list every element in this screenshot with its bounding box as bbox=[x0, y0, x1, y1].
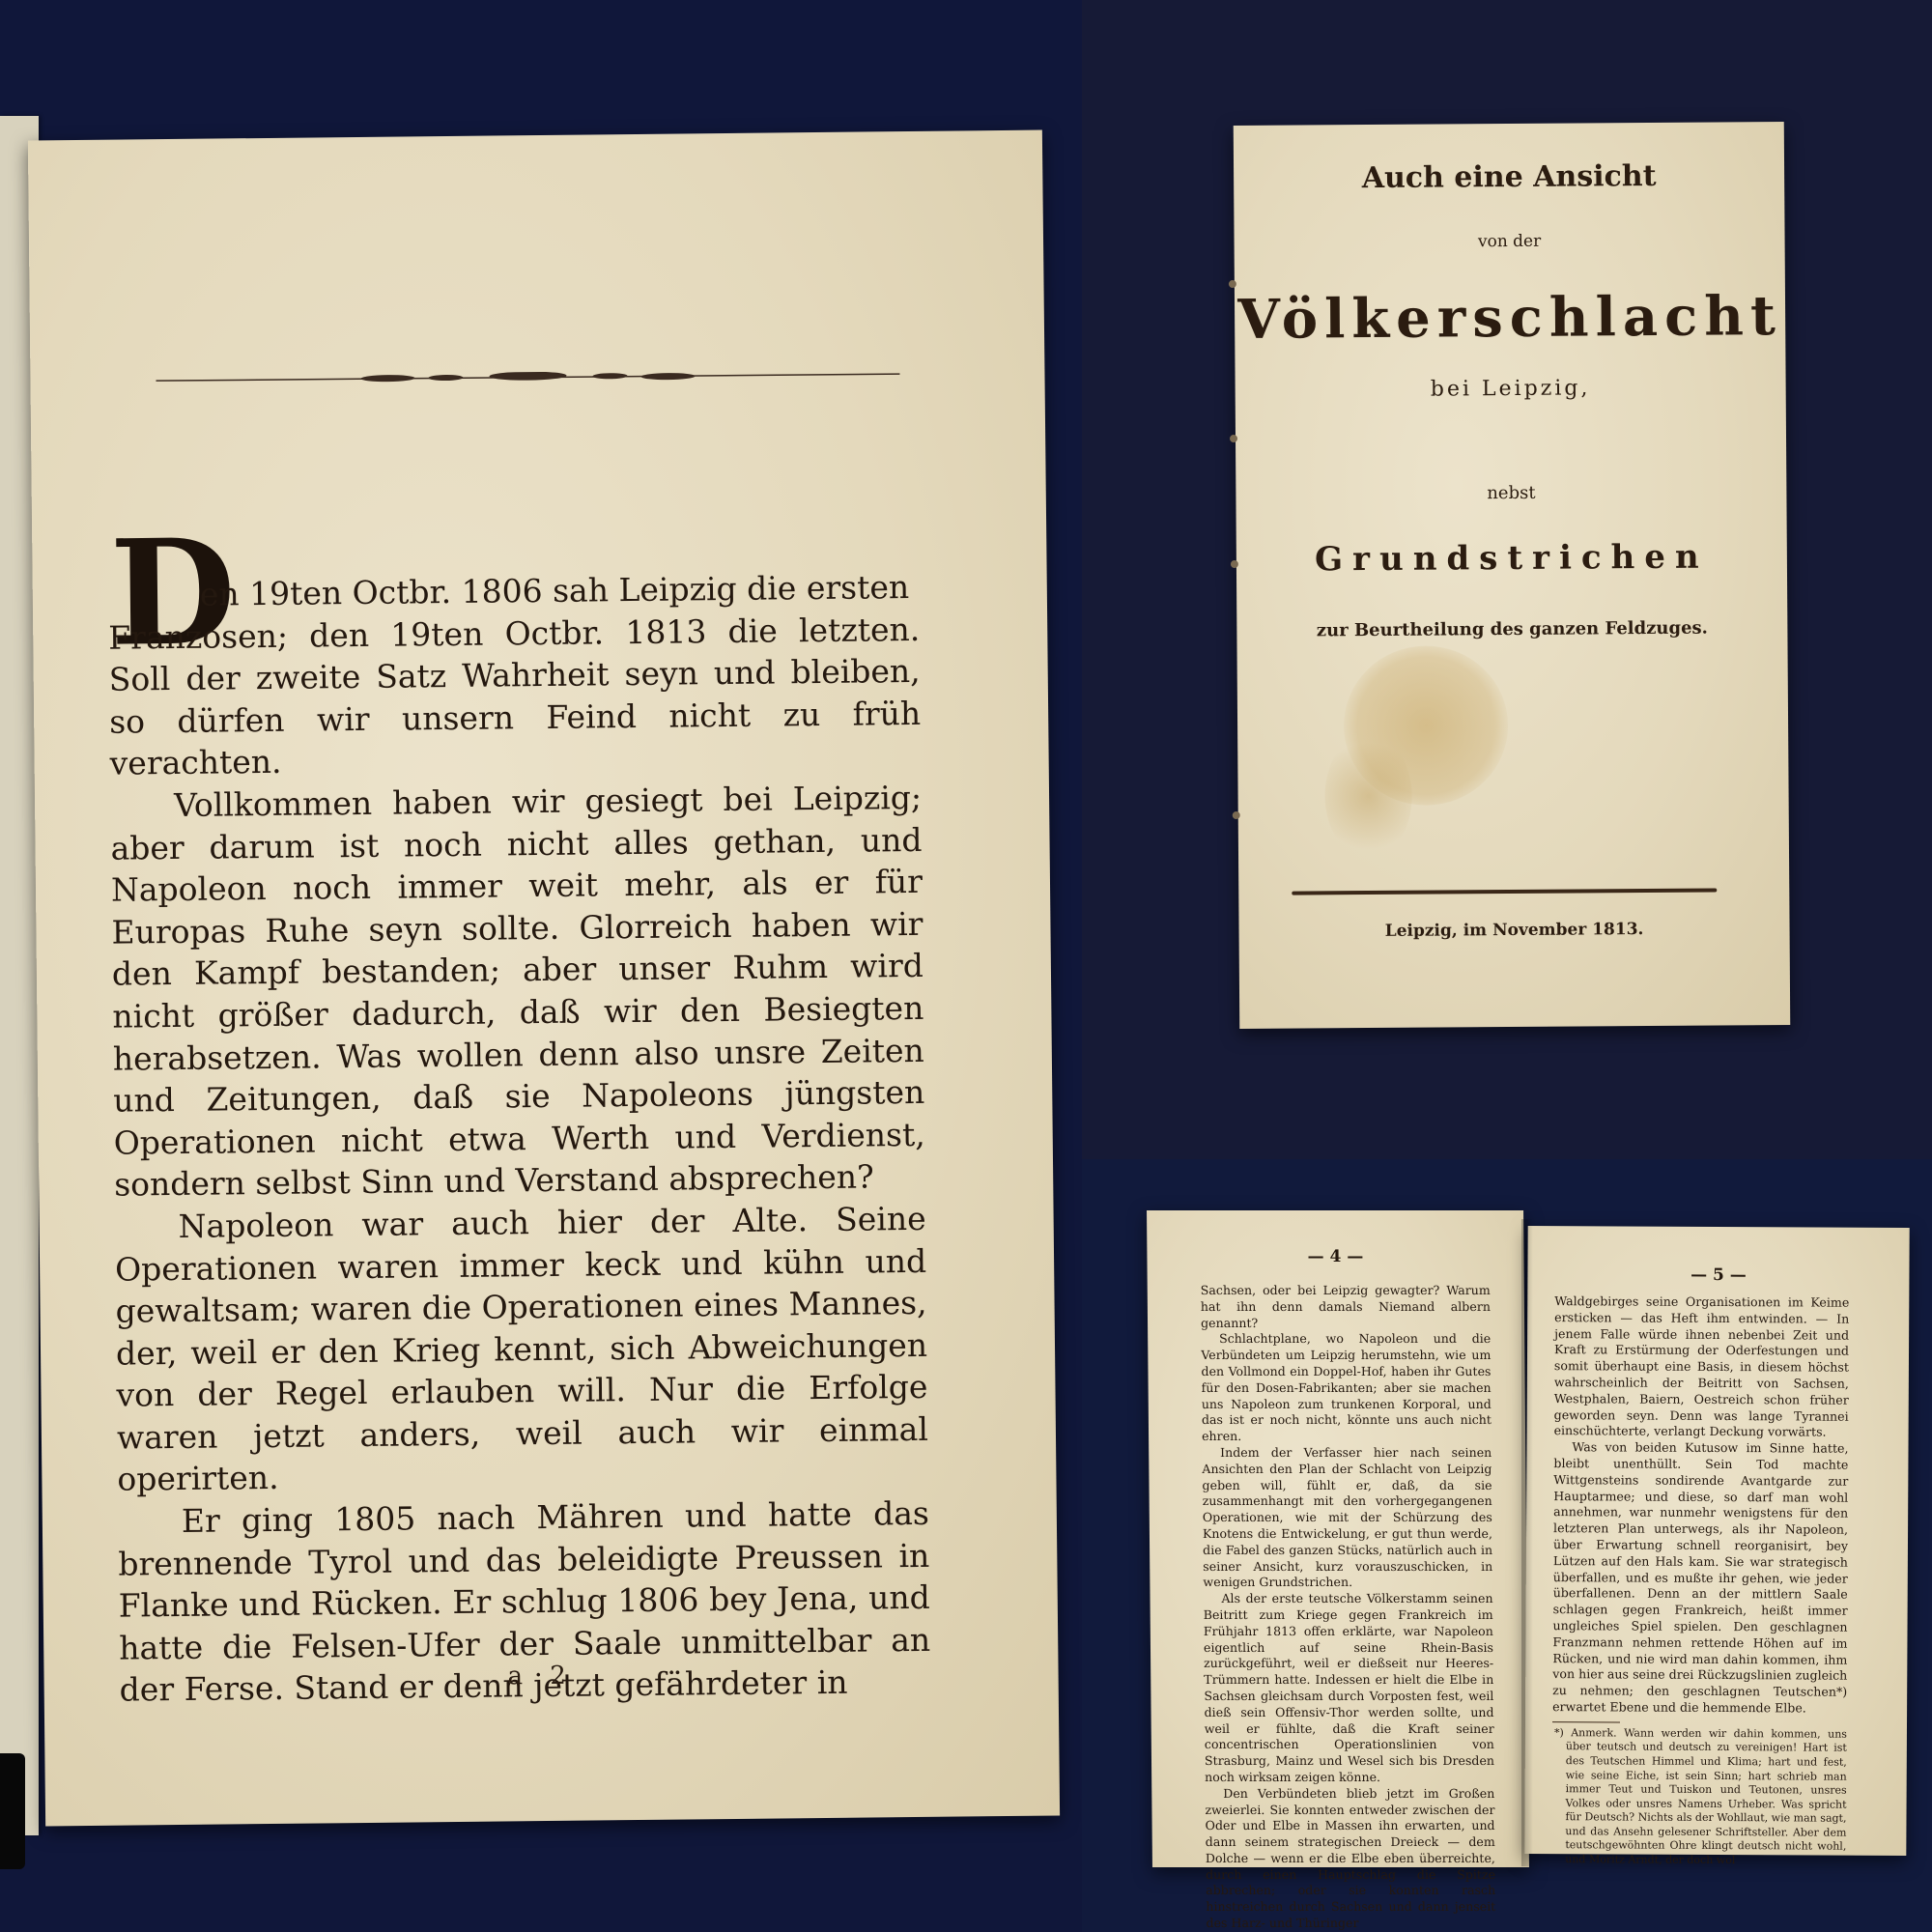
photo-panel-left-page: D en 19ten Octbr. 1806 sah Leipzig die e… bbox=[0, 0, 1082, 1932]
signature-mark: a 2 bbox=[507, 1662, 576, 1691]
binding-tape bbox=[0, 1753, 25, 1869]
title-line-2: von der bbox=[1235, 230, 1785, 253]
paragraph: Als der erste teutsche Völkerstamm seine… bbox=[1203, 1591, 1494, 1786]
page-body-text: en 19ten Octbr. 1806 sah Leipzig die ers… bbox=[108, 566, 931, 1712]
cover-rule bbox=[1292, 889, 1717, 895]
title-line-5: nebst bbox=[1236, 481, 1786, 505]
spread-page-4: — 4 — Sachsen, oder bei Leipzig gewagter… bbox=[1147, 1210, 1529, 1867]
page-number: — 5 — bbox=[1527, 1264, 1909, 1286]
paragraph: en 19ten Octbr. 1806 sah Leipzig die ers… bbox=[108, 566, 922, 785]
subtitle: Grundstrichen bbox=[1236, 537, 1787, 580]
stitch-hole-icon bbox=[1230, 435, 1237, 442]
paragraph: Waldgebirges seine Organisationen im Kei… bbox=[1554, 1293, 1850, 1441]
title-line-1: Auch eine Ansicht bbox=[1234, 158, 1784, 196]
spread-page-5: — 5 — Waldgebirges seine Organisationen … bbox=[1524, 1226, 1909, 1856]
paragraph: Was von beiden Kutusow im Sinne hatte, b… bbox=[1552, 1439, 1848, 1717]
water-stain bbox=[1324, 733, 1412, 860]
subtitle-line-2: zur Beurtheilung des ganzen Feldzuges. bbox=[1236, 617, 1787, 641]
footnote-rule bbox=[1552, 1721, 1620, 1722]
main-title: Völkerschlacht bbox=[1235, 284, 1785, 352]
footnote: *) Anmerk. Wann werden wir dahin kommen,… bbox=[1551, 1726, 1847, 1869]
title-line-4: bei Leipzig, bbox=[1236, 375, 1786, 403]
page-5-text: Waldgebirges seine Organisationen im Kei… bbox=[1551, 1293, 1849, 1868]
page-4-text: Sachsen, oder bei Leipzig gewagter? Waru… bbox=[1201, 1283, 1496, 1932]
stitch-hole-icon bbox=[1229, 280, 1236, 288]
interior-page-photo: D en 19ten Octbr. 1806 sah Leipzig die e… bbox=[28, 130, 1060, 1827]
paragraph: Schlachtplane, wo Napoleon und die Verbü… bbox=[1201, 1331, 1492, 1445]
book-gutter bbox=[1521, 1219, 1533, 1866]
imprint: Leipzig, im November 1813. bbox=[1239, 919, 1790, 942]
paragraph: Indem der Verfasser hier nach seinen Ans… bbox=[1202, 1445, 1492, 1591]
paragraph: Den Verbündeten blieb jetzt im Großen zw… bbox=[1205, 1786, 1495, 1932]
paragraph: Sachsen, oder bei Leipzig gewagter? Waru… bbox=[1201, 1283, 1491, 1331]
ornament-rule-icon bbox=[156, 368, 899, 385]
title-page-photo: Auch eine Ansicht von der Völkerschlacht… bbox=[1234, 122, 1791, 1029]
stitch-hole-icon bbox=[1233, 811, 1240, 819]
paragraph: Vollkommen haben wir gesiegt bei Leipzig… bbox=[110, 777, 926, 1207]
page-number: — 4 — bbox=[1147, 1247, 1523, 1266]
paragraph: Napoleon war auch hier der Alte. Seine O… bbox=[114, 1198, 928, 1501]
